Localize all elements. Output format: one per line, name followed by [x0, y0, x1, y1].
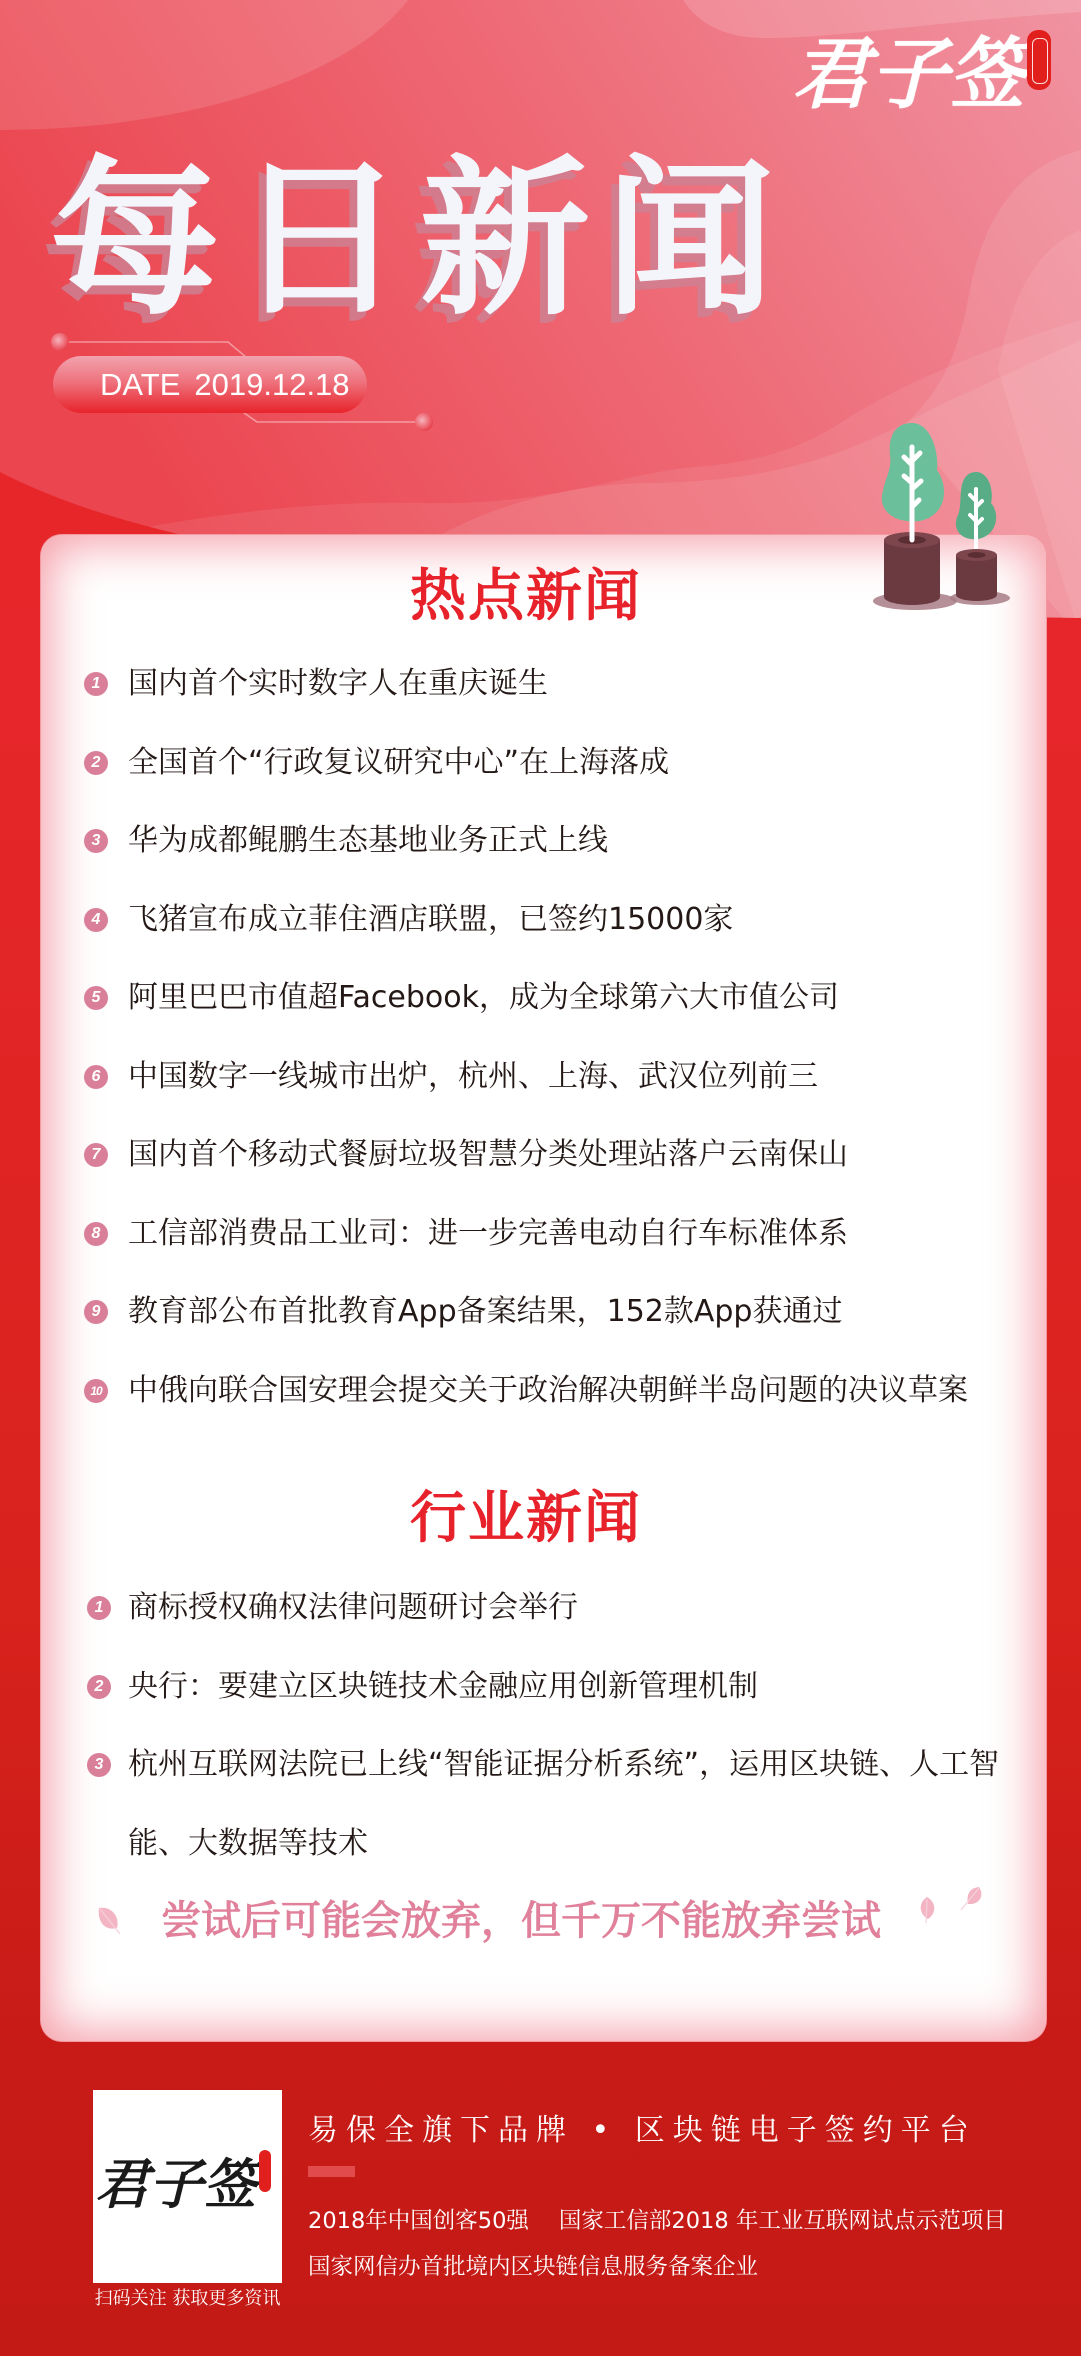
number-badge: 2: [84, 751, 108, 775]
footer-logo-qr-box: 君子签: [93, 2090, 282, 2283]
news-item-text: 商标授权确权法律问题研讨会举行: [128, 1569, 1018, 1648]
leaf-icon: [916, 1896, 938, 1924]
news-item: 4 飞猪宣布成立菲住酒店联盟，已签约15000家: [41, 881, 1046, 960]
footer-brand-logo: 君子签: [93, 2152, 259, 2216]
brand-logo: 君子签: [792, 20, 1026, 130]
news-item-text: 央行：要建立区块链技术金融应用创新管理机制: [128, 1648, 1018, 1727]
news-item-text: 工信部消费品工业司：进一步完善电动自行车标准体系: [128, 1195, 1018, 1274]
hot-news-list: 1 国内首个实时数字人在重庆诞生 2 全国首个“行政复议研究中心”在上海落成 3…: [41, 645, 1046, 1430]
honor-item: 国家网信办首批境内区块链信息服务备案企业: [308, 2254, 758, 2280]
honor-item: 国家工信部2018 年工业互联网试点示范项目: [559, 2208, 1006, 2234]
number-badge: 1: [84, 672, 108, 696]
news-item: 3 华为成都鲲鹏生态基地业务正式上线: [41, 802, 1046, 881]
section-title-hot-news: 热点新闻: [409, 565, 643, 629]
news-item: 8 工信部消费品工业司：进一步完善电动自行车标准体系: [41, 1195, 1046, 1274]
leaf-icon: [957, 1885, 985, 1911]
number-badge: 3: [87, 1753, 111, 1777]
honor-item: 2018年中国创客50强: [308, 2208, 529, 2234]
news-item-text: 阿里巴巴市值超Facebook，成为全球第六大市值公司: [128, 959, 1018, 1038]
news-item: 3 杭州互联网法院已上线“智能证据分析系统”，运用区块链、人工智能、大数据等技术: [41, 1726, 1046, 1883]
news-item: 7 国内首个移动式餐厨垃圾智慧分类处理站落户云南保山: [41, 1116, 1046, 1195]
number-badge: 5: [84, 986, 108, 1010]
date-badge: DATE2019.12.18: [53, 356, 367, 413]
news-item-text: 华为成都鲲鹏生态基地业务正式上线: [128, 802, 1018, 881]
industry-news-list: 1 商标授权确权法律问题研讨会举行 2 央行：要建立区块链技术金融应用创新管理机…: [41, 1569, 1046, 1883]
motto-slogan: 尝试后可能会放弃，但千万不能放弃尝试: [161, 1897, 881, 1945]
news-item: 9 教育部公布首批教育App备案结果，152款App获通过: [41, 1273, 1046, 1352]
number-badge: 10: [84, 1379, 108, 1403]
honor-line: 国家网信办首批境内区块链信息服务备案企业: [308, 2252, 758, 2282]
news-item-text: 国内首个移动式餐厨垃圾智慧分类处理站落户云南保山: [128, 1116, 1018, 1195]
news-item-text: 杭州互联网法院已上线“智能证据分析系统”，运用区块链、人工智能、大数据等技术: [128, 1726, 1018, 1883]
news-item: 1 商标授权确权法律问题研讨会举行: [41, 1569, 1046, 1648]
date-label: DATE: [100, 367, 180, 402]
number-badge: 7: [84, 1143, 108, 1167]
date-value: 2019.12.18: [194, 367, 349, 402]
number-badge: 4: [84, 908, 108, 932]
news-item: 2 全国首个“行政复议研究中心”在上海落成: [41, 724, 1046, 803]
news-item: 1 国内首个实时数字人在重庆诞生: [41, 645, 1046, 724]
number-badge: 3: [84, 829, 108, 853]
news-item-text: 国内首个实时数字人在重庆诞生: [128, 645, 1018, 724]
number-badge: 8: [84, 1222, 108, 1246]
news-item-text: 中俄向联合国安理会提交关于政治解决朝鲜半岛问题的决议草案: [128, 1352, 1018, 1431]
news-item: 5 阿里巴巴市值超Facebook，成为全球第六大市值公司: [41, 959, 1046, 1038]
news-item: 6 中国数字一线城市出炉，杭州、上海、武汉位列前三: [41, 1038, 1046, 1117]
potted-plants-illustration: [860, 415, 1010, 615]
footer-tagline: 易保全旗下品牌 • 区块链电子签约平台: [308, 2110, 977, 2152]
news-item-text: 全国首个“行政复议研究中心”在上海落成: [128, 724, 1018, 803]
honor-line: 2018年中国创客50强国家工信部2018 年工业互联网试点示范项目: [308, 2206, 1006, 2236]
seal-icon: [1027, 30, 1051, 90]
section-title-industry-news: 行业新闻: [409, 1487, 643, 1551]
news-item-text: 飞猪宣布成立菲住酒店联盟，已签约15000家: [128, 881, 1018, 960]
divider-bar: [308, 2166, 355, 2177]
news-item: 10 中俄向联合国安理会提交关于政治解决朝鲜半岛问题的决议草案: [41, 1352, 1046, 1431]
number-badge: 1: [87, 1596, 111, 1620]
news-card: 热点新闻 1 国内首个实时数字人在重庆诞生 2 全国首个“行政复议研究中心”在上…: [40, 534, 1047, 2042]
news-item-text: 教育部公布首批教育App备案结果，152款App获通过: [128, 1273, 1018, 1352]
news-item-text: 中国数字一线城市出炉，杭州、上海、武汉位列前三: [128, 1038, 1018, 1117]
leaf-icon: [93, 1904, 123, 1936]
number-badge: 9: [84, 1300, 108, 1324]
qr-caption: 扫码关注 获取更多资讯: [93, 2286, 282, 2312]
page-title: 每日新闻: [50, 140, 790, 340]
number-badge: 2: [87, 1675, 111, 1699]
news-item: 2 央行：要建立区块链技术金融应用创新管理机制: [41, 1648, 1046, 1727]
number-badge: 6: [84, 1065, 108, 1089]
seal-icon: [259, 2150, 271, 2192]
news-poster: 君子签 每日新闻 DATE2019.12.18 热点新闻 1 国内首个实时数字人…: [0, 0, 1081, 2356]
